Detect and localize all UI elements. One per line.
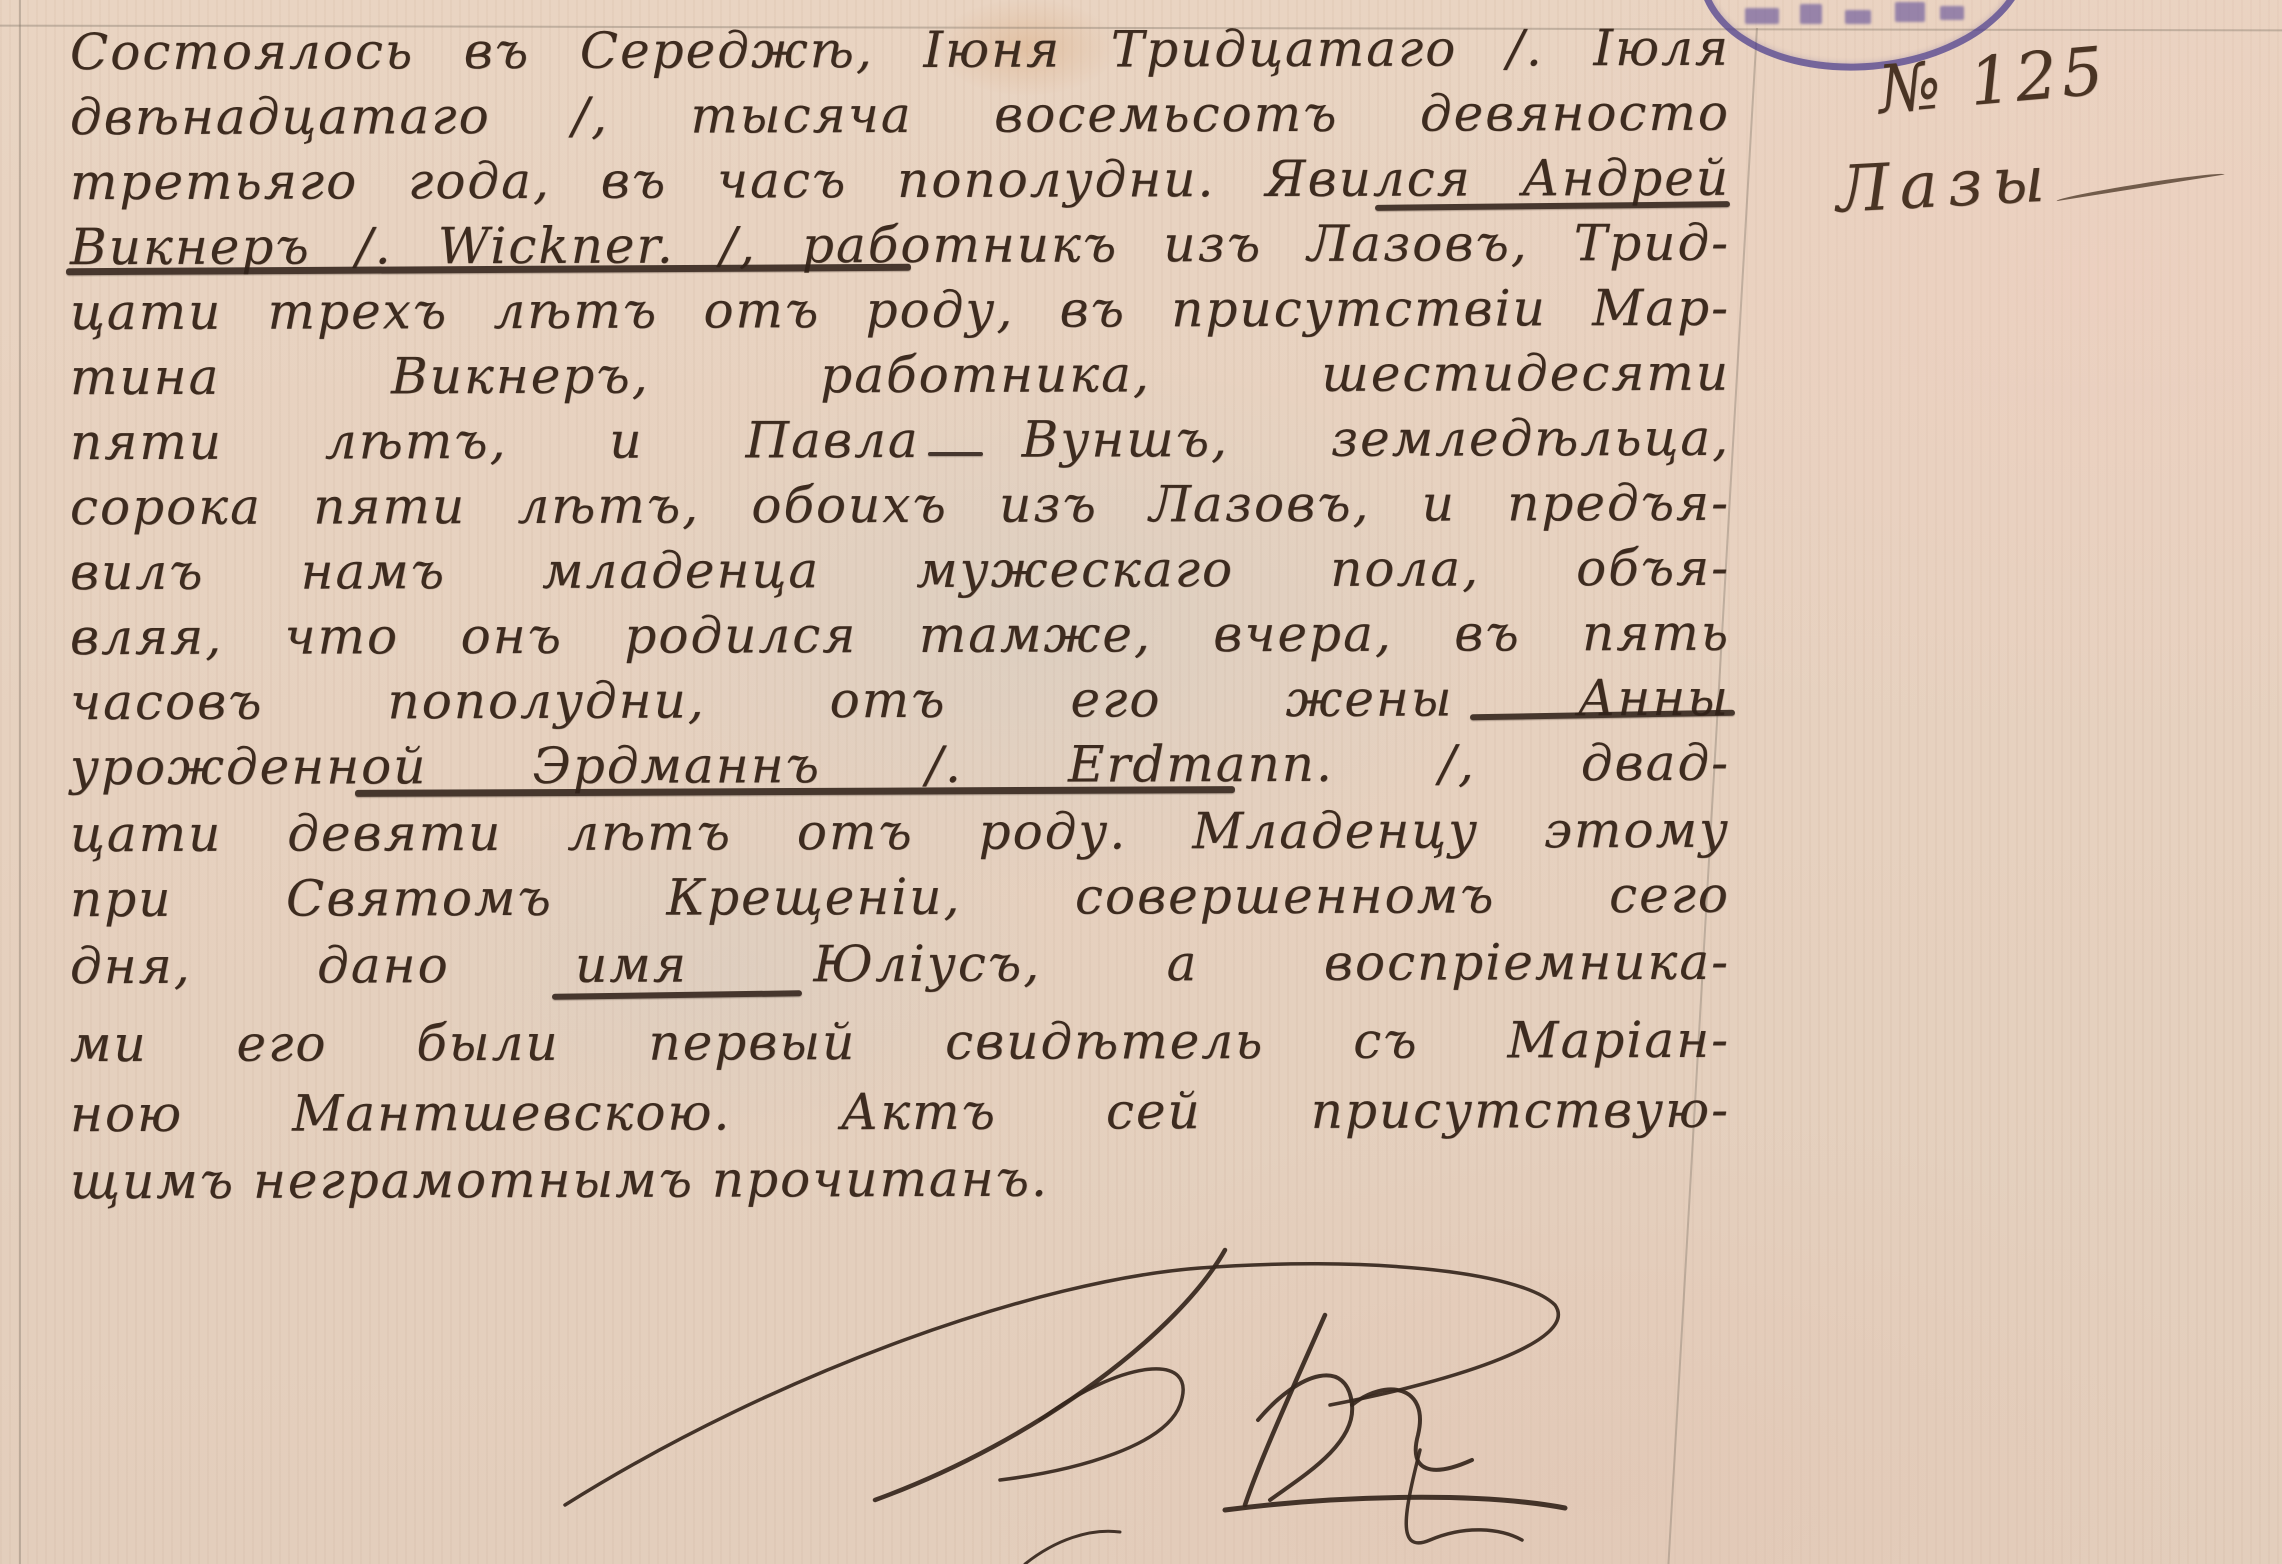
stamp-ink-mark [1745,8,1779,24]
stamp-ink-mark [1895,2,1925,22]
handwriting-line: дня, дано имя Юліусъ, а воспріемника- [70,932,1730,996]
handwriting-line: сорока пяти лѣтъ, обоихъ изъ Лазовъ, и п… [70,473,1730,537]
handwriting-line: вилъ намъ младенца мужескаго пола, объя- [70,538,1730,602]
registrar-signature [480,1210,1640,1564]
hand-underline-wunsch [928,452,983,456]
handwriting-line: Состоялось въ Середжѣ, Іюня Тридцатаго /… [70,18,1730,82]
handwriting-line: ною Мантшевскою. Актъ сей присутствую- [70,1080,1730,1144]
handwriting-line: тина Викнеръ, работника, шестидесяти [70,343,1730,407]
place-name: Лазы [1834,142,2056,227]
handwriting-line: часовъ пополудни, отъ его жены Анны [70,668,1730,732]
stamp-ink-mark [1845,10,1871,24]
handwriting-line: цати трехъ лѣтъ отъ роду, въ присутствіи… [70,278,1730,342]
handwriting-line: щимъ неграмотнымъ прочитанъ. [70,1149,1049,1212]
scanned-registry-page: № 125 Лазы Состоялось въ Середжѣ, Іюня Т… [0,0,2282,1564]
handwriting-line: при Святомъ Крещеніи, совершенномъ сего [70,865,1730,929]
handwriting-line: двѣнадцатаго /, тысяча восемьсотъ девяно… [70,83,1730,147]
handwriting-line: вляя, что онъ родился тамже, вчера, въ п… [70,603,1730,667]
handwriting-line: ми его были первый свидѣтель съ Маріан- [70,1010,1730,1074]
stamp-ink-mark [1940,6,1964,20]
stamp-ink-mark [1800,4,1822,24]
ruled-line-left-margin [19,0,21,1564]
handwriting-line: третьяго года, въ часъ пополудни. Явился… [70,148,1730,212]
handwriting-line: пяти лѣтъ, и Павла Вуншъ, земледѣльца, [70,408,1730,472]
handwriting-line: цати девяти лѣтъ отъ роду. Младенцу этом… [70,800,1730,864]
